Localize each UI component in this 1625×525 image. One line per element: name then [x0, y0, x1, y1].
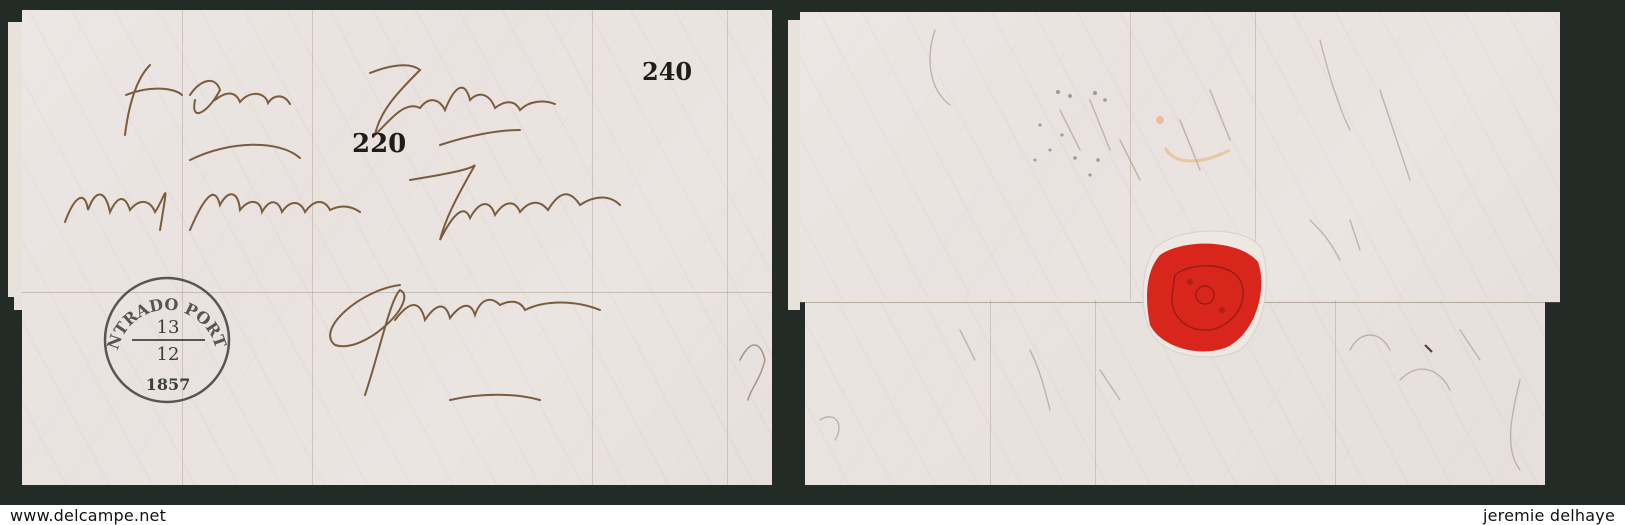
back-markings	[0, 0, 1625, 500]
watermark-left: www.delcampe.net	[10, 506, 166, 525]
watermark-right: jeremie delhaye	[1483, 506, 1615, 525]
wax-seal	[1143, 231, 1266, 357]
photo-background: 220 240 ENTRADO PORTO 13 12 1857	[0, 0, 1625, 505]
